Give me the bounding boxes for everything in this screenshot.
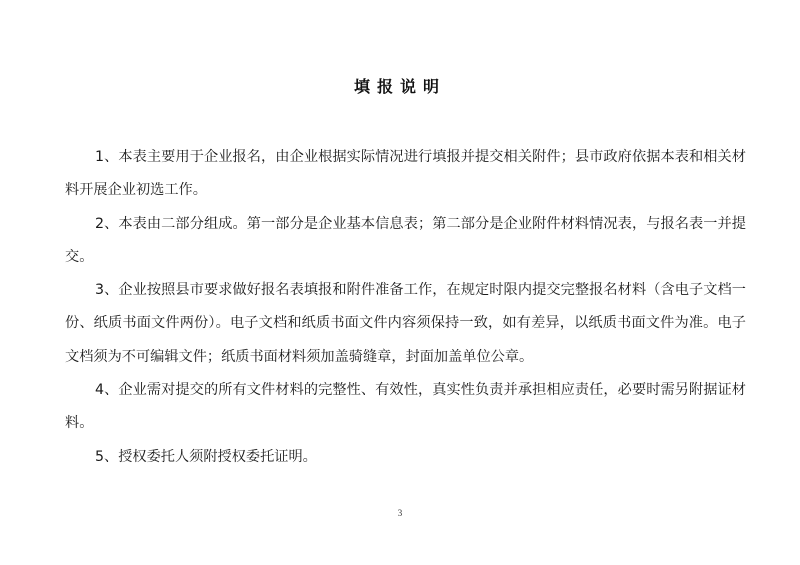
paragraph-line: 4、企业需对提交的所有文件材料的完整性、有效性，真实性负责并承担相应责任，必要时… [65, 374, 746, 407]
paragraph-line: 3、企业按照县市要求做好报名表填报和附件准备工作，在规定时限内提交完整报名材料（… [65, 274, 746, 307]
paragraph-line: 料开展企业初选工作。 [65, 174, 746, 207]
paragraph-line: 料。 [65, 407, 746, 440]
paragraph-line: 2、本表由二部分组成。第一部分是企业基本信息表；第二部分是企业附件材料情况表，与… [65, 208, 746, 241]
page-title: 填报说明 [0, 74, 800, 97]
page-number: 3 [0, 508, 800, 518]
instruction-item-5: 5、授权委托人须附授权委托证明。 [65, 441, 746, 474]
instruction-item-2: 2、本表由二部分组成。第一部分是企业基本信息表；第二部分是企业附件材料情况表，与… [65, 208, 746, 275]
paragraph-line: 5、授权委托人须附授权委托证明。 [65, 441, 746, 474]
paragraph-line: 1、本表主要用于企业报名，由企业根据实际情况进行填报并提交相关附件；县市政府依据… [65, 141, 746, 174]
instruction-item-4: 4、企业需对提交的所有文件材料的完整性、有效性，真实性负责并承担相应责任，必要时… [65, 374, 746, 441]
paragraph-line: 交。 [65, 241, 746, 274]
paragraph-line: 文档须为不可编辑文件；纸质书面材料须加盖骑缝章，封面加盖单位公章。 [65, 341, 746, 374]
instruction-item-3: 3、企业按照县市要求做好报名表填报和附件准备工作，在规定时限内提交完整报名材料（… [65, 274, 746, 374]
instructions-body: 1、本表主要用于企业报名，由企业根据实际情况进行填报并提交相关附件；县市政府依据… [65, 141, 746, 474]
instruction-item-1: 1、本表主要用于企业报名，由企业根据实际情况进行填报并提交相关附件；县市政府依据… [65, 141, 746, 208]
paragraph-line: 份、纸质书面文件两份）。电子文档和纸质书面文件内容须保持一致，如有差异，以纸质书… [65, 307, 746, 340]
